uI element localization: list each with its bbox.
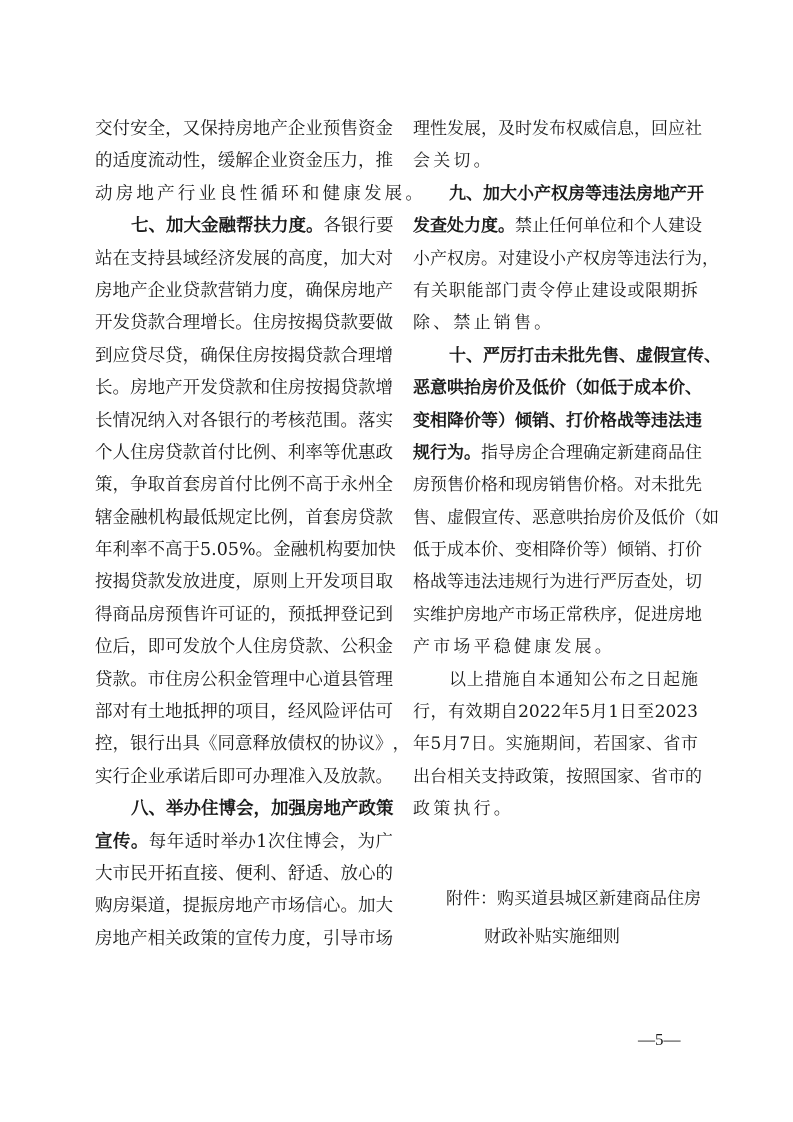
attachment-note: 附件：购买道县城区新建商品住房 财政补贴实施细则 — [446, 880, 701, 956]
text-line: 以上措施自本通知公布之日起施 — [413, 664, 698, 696]
text-line: 的适度流动性，缓解企业资金压力，推 — [95, 145, 393, 177]
text-line: 实行企业承诺后即可办理准入及放款。 — [95, 761, 393, 793]
text-line: 房预售价格和现房销售价格。对未批先 — [413, 469, 698, 501]
text-line: 购房渠道，提振房地产市场信心。加大 — [95, 890, 393, 922]
text-line: 年5月7日。实施期间，若国家、省市 — [413, 728, 698, 760]
text-line: 交付安全，又保持房地产企业预售资金 — [95, 113, 393, 145]
text-line: 变相降价等）倾销、打价格战等违法违 — [413, 405, 698, 437]
text-line: 部对有土地抵押的项目，经风险评估可 — [95, 696, 393, 728]
text-line: 贷款。市住房公积金管理中心道县管理 — [95, 664, 393, 696]
text-line: 策，争取首套房首付比例不高于永州全 — [95, 469, 393, 501]
text-line: 大市民开拓直接、便利、舒适、放心的 — [95, 858, 393, 890]
left-column: 交付安全，又保持房地产企业预售资金的适度流动性，缓解企业资金压力，推动房地产行业… — [95, 113, 393, 955]
text-line: 站在支持县域经济发展的高度，加大对 — [95, 243, 393, 275]
text-line: 年利率不高于5.05%。金融机构要加快 — [95, 534, 393, 566]
text-line: 动房地产行业良性循环和健康发展。 — [95, 178, 393, 210]
text-line: 小产权房。对建设小产权房等违法行为， — [413, 243, 698, 275]
text-line: 格战等违法违规行为进行严厉查处，切 — [413, 566, 698, 598]
text-line: 个人住房贷款首付比例、利率等优惠政 — [95, 437, 393, 469]
text-line: 房地产相关政策的宣传力度，引导市场 — [95, 923, 393, 955]
attachment-line-2: 财政补贴实施细则 — [446, 918, 701, 956]
text-line: 长。房地产开发贷款和住房按揭贷款增 — [95, 372, 393, 404]
text-line: 七、加大金融帮扶力度。各银行要 — [95, 210, 393, 242]
text-line: 得商品房预售许可证的，预抵押登记到 — [95, 599, 393, 631]
right-column: 理性发展，及时发布权威信息，回应社会关切。九、加大小产权房等违法房地产开发查处力… — [413, 113, 698, 826]
text-line: 按揭贷款发放进度，原则上开发项目取 — [95, 566, 393, 598]
text-line: 开发贷款合理增长。住房按揭贷款要做 — [95, 307, 393, 339]
text-line: 发查处力度。禁止任何单位和个人建设 — [413, 210, 698, 242]
text-line: 位后，即可发放个人住房贷款、公积金 — [95, 631, 393, 663]
text-line: 规行为。指导房企合理确定新建商品住 — [413, 437, 698, 469]
text-line: 产市场平稳健康发展。 — [413, 631, 698, 663]
text-line: 政策执行。 — [413, 793, 698, 825]
text-line: 长情况纳入对各银行的考核范围。落实 — [95, 405, 393, 437]
text-line: 行，有效期自2022年5月1日至2023 — [413, 696, 698, 728]
text-line: 房地产企业贷款营销力度，确保房地产 — [95, 275, 393, 307]
text-line: 会关切。 — [413, 145, 698, 177]
text-line: 恶意哄抬房价及低价（如低于成本价、 — [413, 372, 698, 404]
text-line: 辖金融机构最低规定比例，首套房贷款 — [95, 502, 393, 534]
text-line: 八、举办住博会，加强房地产政策 — [95, 793, 393, 825]
text-line: 到应贷尽贷，确保住房按揭贷款合理增 — [95, 340, 393, 372]
text-line: 实维护房地产市场正常秩序，促进房地 — [413, 599, 698, 631]
attachment-line-1: 附件：购买道县城区新建商品住房 — [446, 880, 701, 918]
text-line: 低于成本价、变相降价等）倾销、打价 — [413, 534, 698, 566]
text-line: 理性发展，及时发布权威信息，回应社 — [413, 113, 698, 145]
text-line: 有关职能部门责令停止建设或限期拆 — [413, 275, 698, 307]
text-line: 宣传。每年适时举办1次住博会，为广 — [95, 826, 393, 858]
text-line: 九、加大小产权房等违法房地产开 — [413, 178, 698, 210]
text-line: 除、禁止销售。 — [413, 307, 698, 339]
text-line: 出台相关支持政策，按照国家、省市的 — [413, 761, 698, 793]
text-line: 售、虚假宣传、恶意哄抬房价及低价（如 — [413, 502, 698, 534]
text-line: 十、严厉打击未批先售、虚假宣传、 — [413, 340, 698, 372]
text-line: 控，银行出具《同意释放债权的协议》， — [95, 728, 393, 760]
page-number: —5— — [638, 1030, 681, 1050]
